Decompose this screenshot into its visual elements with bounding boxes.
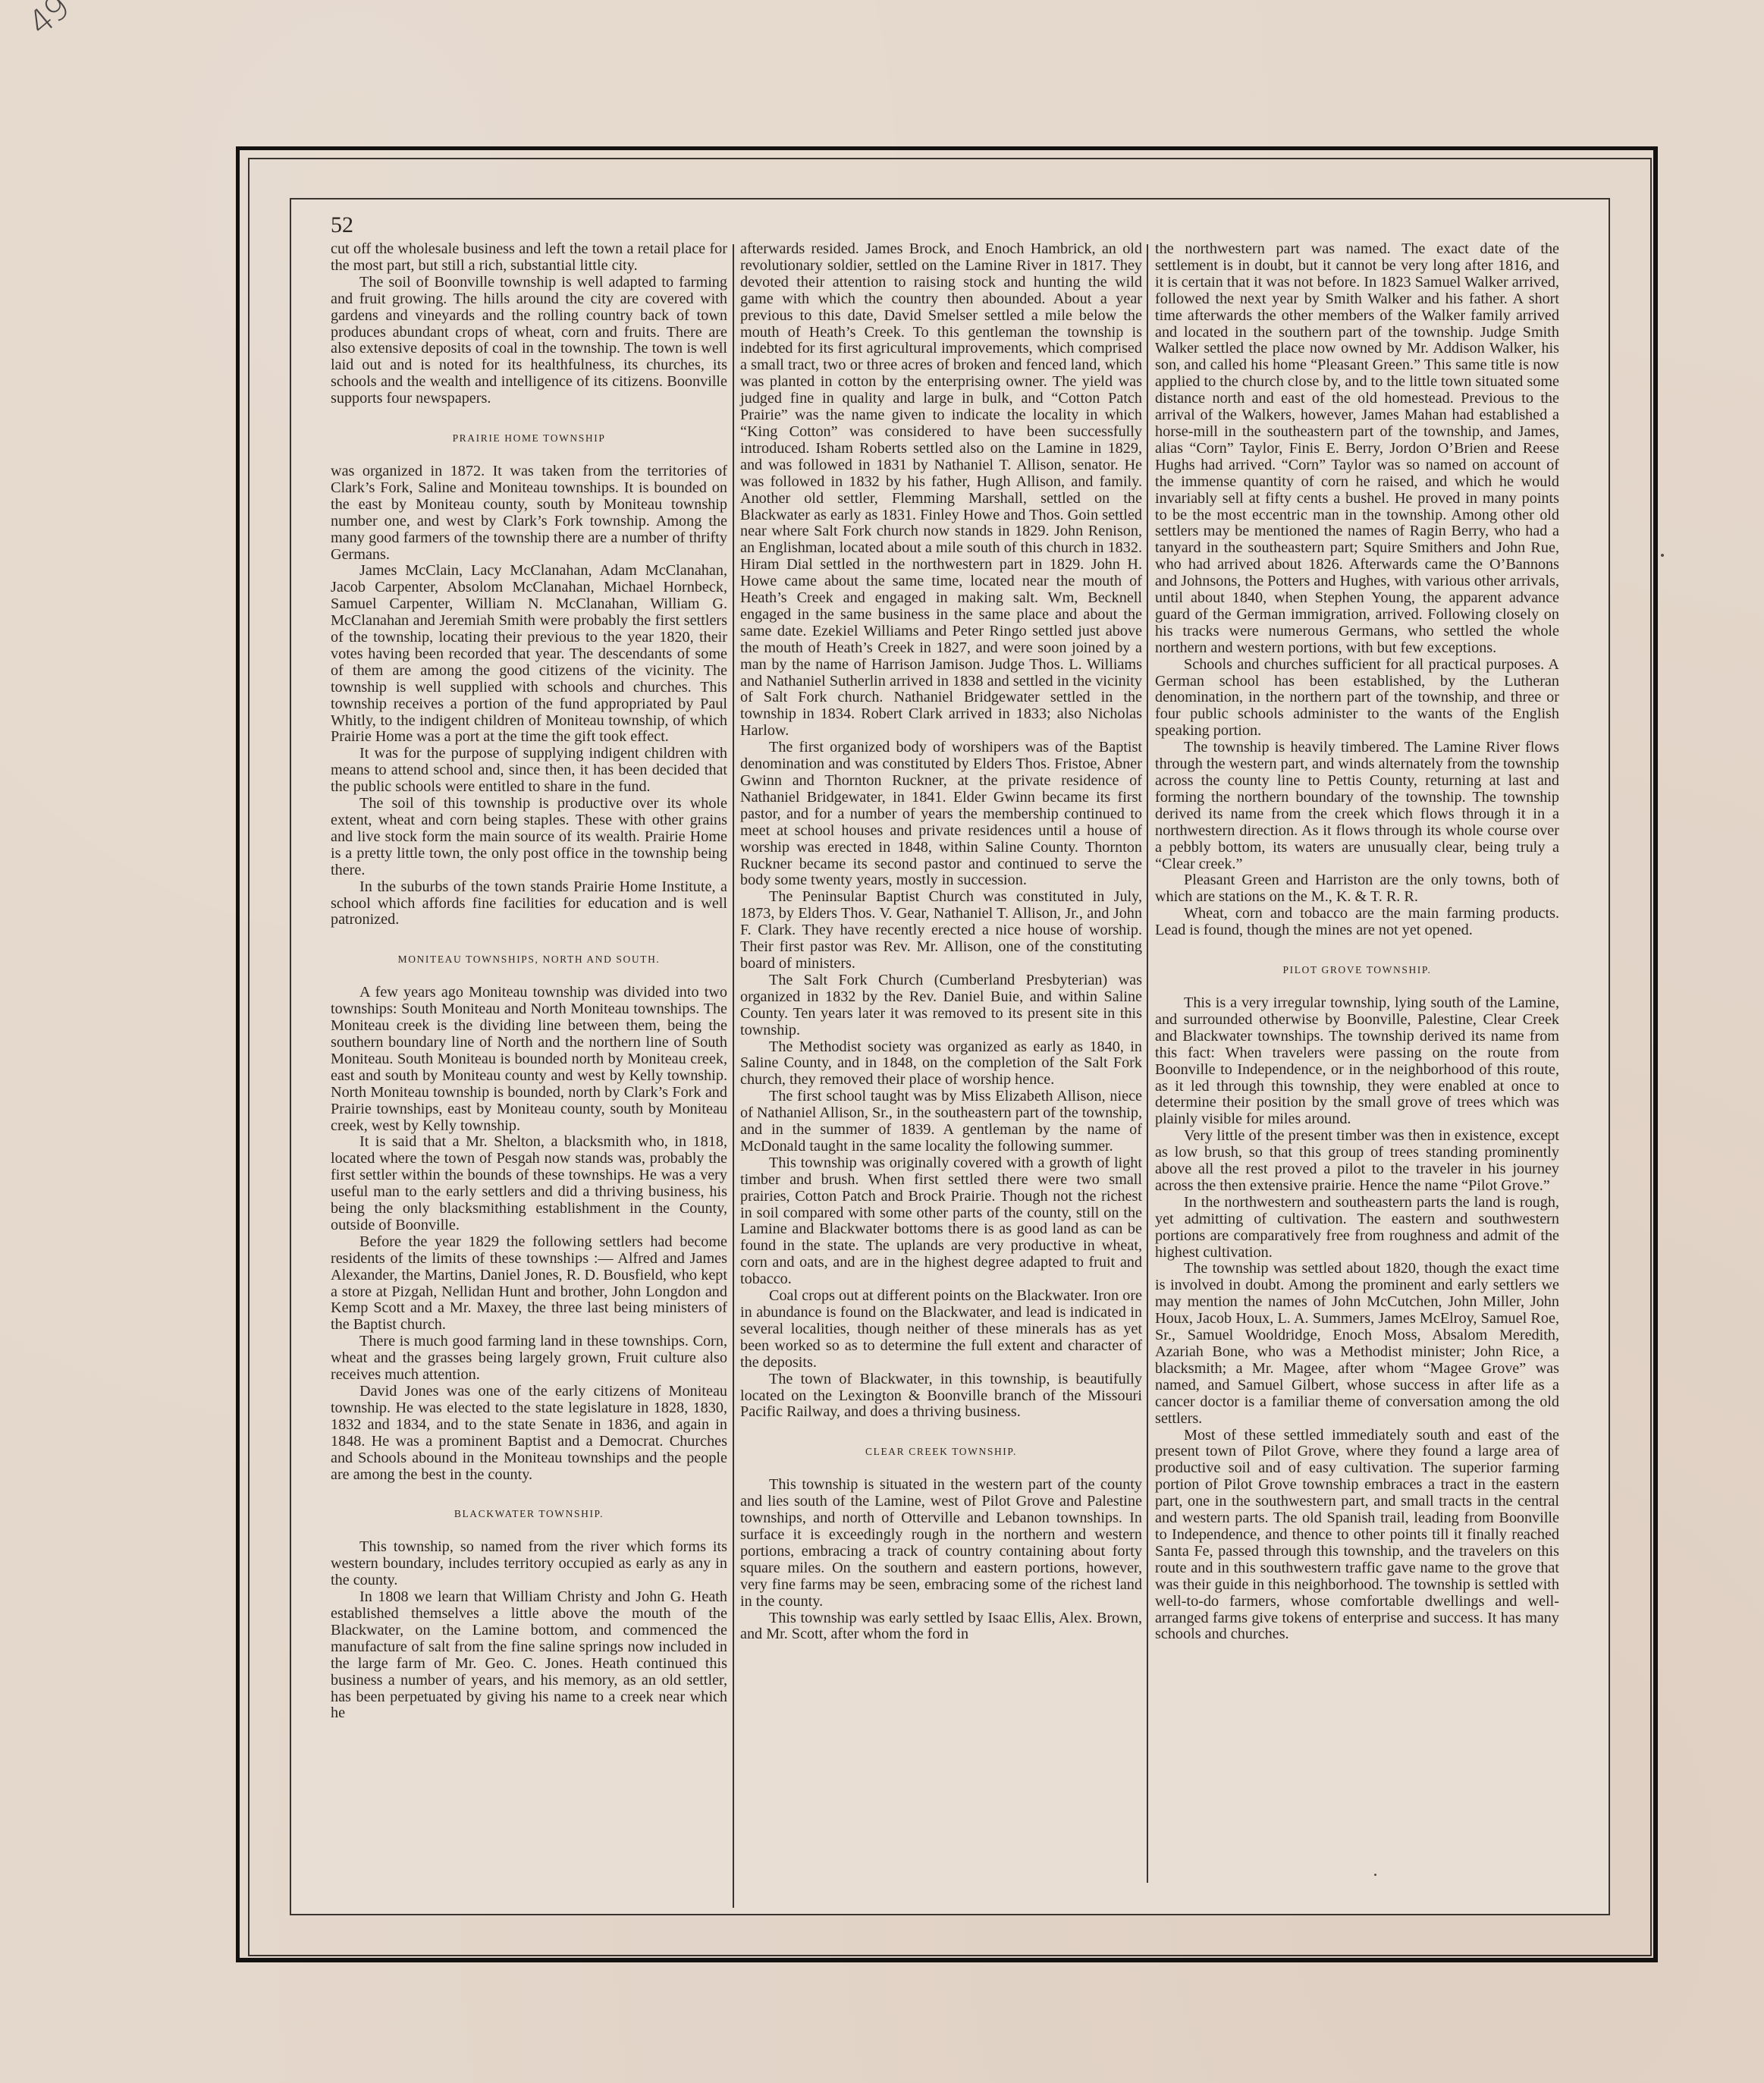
paragraph: The township is heavily timbered. The La… [1155, 740, 1559, 872]
paragraph: Most of these settled immediately south … [1155, 1428, 1559, 1644]
ink-speck [1661, 554, 1664, 557]
paragraph: The Salt Fork Church (Cumberland Presbyt… [740, 972, 1142, 1039]
paragraph: was organized in 1872. It was taken from… [331, 463, 727, 563]
paragraph: This is a very irregular township, lying… [1155, 995, 1559, 1128]
section-heading: CLEAR CREEK TOWNSHIP. [740, 1444, 1142, 1460]
paragraph: The soil of this township is productive … [331, 796, 727, 879]
section-heading: PRAIRIE HOME TOWNSHIP [331, 430, 727, 447]
column-divider [733, 244, 734, 1908]
paragraph: This township was originally covered wit… [740, 1155, 1142, 1288]
paragraph: James McClain, Lacy McClanahan, Adam McC… [331, 563, 727, 746]
paragraph: afterwards resided. James Brock, and Eno… [740, 241, 1142, 740]
paragraph: A few years ago Moniteau township was di… [331, 985, 727, 1134]
paragraph: It was for the purpose of supplying indi… [331, 746, 727, 796]
paragraph: The soil of Boonville township is well a… [331, 275, 727, 407]
section-heading: BLACKWATER TOWNSHIP. [331, 1506, 727, 1522]
paragraph: The first school taught was by Miss Eliz… [740, 1089, 1142, 1155]
section-heading: PILOT GROVE TOWNSHIP. [1155, 962, 1559, 979]
paragraph: In the northwestern and southeastern par… [1155, 1195, 1559, 1261]
paragraph: The township was settled about 1820, tho… [1155, 1261, 1559, 1427]
paragraph: Very little of the present timber was th… [1155, 1128, 1559, 1195]
paragraph: Wheat, corn and tobacco are the main far… [1155, 906, 1559, 939]
ink-speck [1374, 1874, 1376, 1876]
paragraph: The town of Blackwater, in this township… [740, 1371, 1142, 1422]
column-divider [1147, 244, 1148, 1883]
text-column-3: the northwestern part was named. The exa… [1155, 241, 1559, 1643]
paragraph: There is much good farming land in these… [331, 1334, 727, 1384]
paragraph: the northwestern part was named. The exa… [1155, 241, 1559, 657]
paragraph: cut off the wholesale business and left … [331, 241, 727, 275]
page-number: 52 [331, 212, 353, 238]
paragraph: It is said that a Mr. Shelton, a blacksm… [331, 1134, 727, 1233]
paragraph: This township was early settled by Isaac… [740, 1610, 1142, 1644]
paragraph: In 1808 we learn that William Christy an… [331, 1589, 727, 1722]
paragraph: This township, so named from the river w… [331, 1539, 727, 1589]
paragraph: In the suburbs of the town stands Prairi… [331, 879, 727, 929]
paragraph: The Peninsular Baptist Church was consti… [740, 889, 1142, 972]
paragraph: This township is situated in the western… [740, 1477, 1142, 1610]
paragraph: Pleasant Green and Harriston are the onl… [1155, 872, 1559, 906]
paragraph: The first organized body of worshipers w… [740, 740, 1142, 889]
paragraph: David Jones was one of the early citizen… [331, 1384, 727, 1483]
paragraph: Schools and churches sufficient for all … [1155, 657, 1559, 740]
paragraph: Before the year 1829 the following settl… [331, 1234, 727, 1334]
section-heading: MONITEAU TOWNSHIPS, NORTH AND SOUTH. [331, 951, 727, 968]
text-column-2: afterwards resided. James Brock, and Eno… [740, 241, 1142, 1643]
paragraph: Coal crops out at different points on th… [740, 1288, 1142, 1371]
paragraph: The Methodist society was organized as e… [740, 1039, 1142, 1089]
text-column-1: cut off the wholesale business and left … [331, 241, 727, 1722]
